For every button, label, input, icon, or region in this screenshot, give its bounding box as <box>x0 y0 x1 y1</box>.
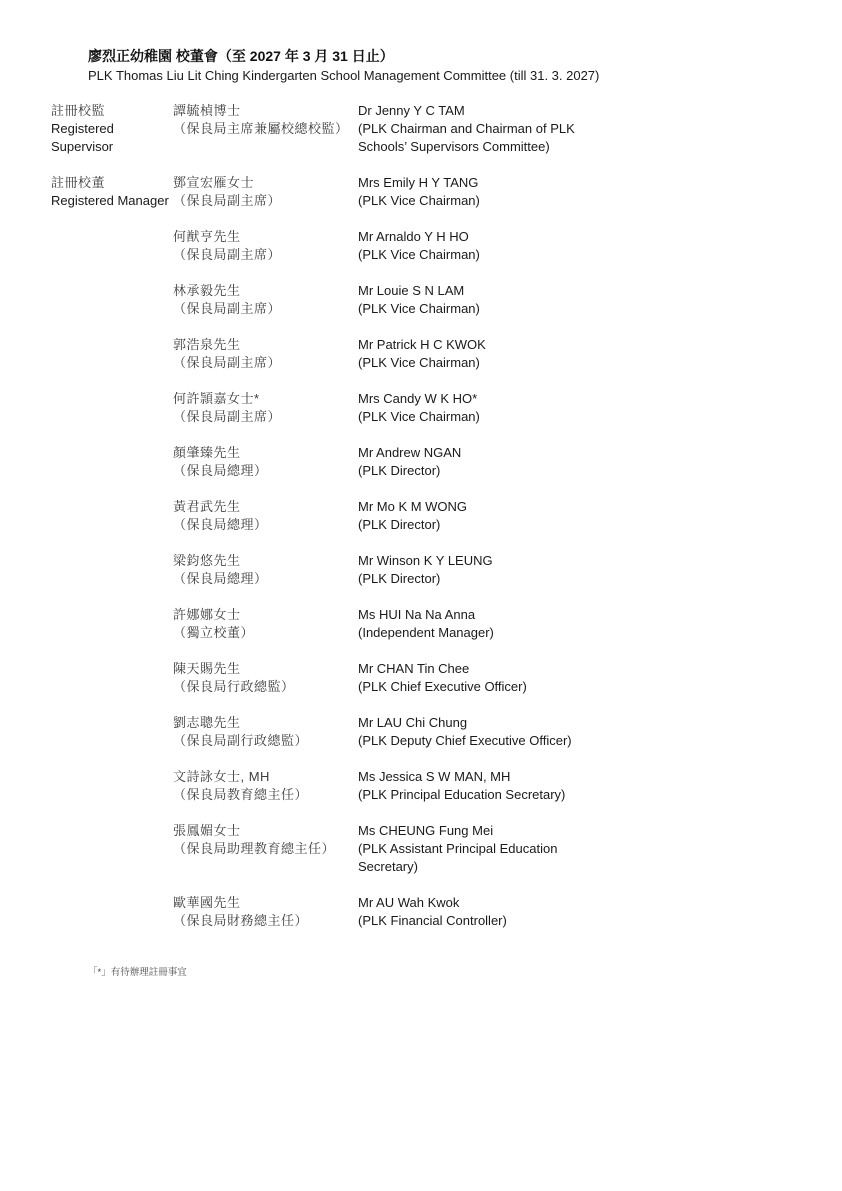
committee-member-row: 張鳳媚女士 （保良局助理教育總主任） Ms CHEUNG Fung Mei (P… <box>51 822 842 876</box>
member-name-english: Mr Mo K M WONG <box>358 498 788 516</box>
member-english-cell: Mr Andrew NGAN (PLK Director) <box>358 444 788 480</box>
member-role-cell <box>51 714 173 750</box>
member-name-chinese: 郭浩泉先生 <box>173 336 358 354</box>
member-role-english: Registered Supervisor <box>51 120 173 156</box>
member-title-chinese: （保良局總理） <box>173 570 358 588</box>
member-role-cell <box>51 228 173 264</box>
committee-member-row: 林承毅先生 （保良局副主席） Mr Louie S N LAM (PLK Vic… <box>51 282 842 318</box>
member-role-cell <box>51 498 173 534</box>
member-chinese-cell: 郭浩泉先生 （保良局副主席） <box>173 336 358 372</box>
member-title-english-line: (PLK Principal Education Secretary) <box>358 786 788 804</box>
member-name-chinese: 梁鈞悠先生 <box>173 552 358 570</box>
document-content: 廖烈正幼稚園 校董會（至 2027 年 3 月 31 日止） PLK Thoma… <box>0 0 842 980</box>
member-chinese-cell: 張鳳媚女士 （保良局助理教育總主任） <box>173 822 358 876</box>
member-name-english: Mr LAU Chi Chung <box>358 714 788 732</box>
member-english-cell: Mr Mo K M WONG (PLK Director) <box>358 498 788 534</box>
member-name-chinese: 林承毅先生 <box>173 282 358 300</box>
member-role-cell <box>51 768 173 804</box>
document-page: 廖烈正幼稚園 校董會（至 2027 年 3 月 31 日止） PLK Thoma… <box>0 0 842 1191</box>
footnote: 「*」有待辦理註冊事宜 <box>88 966 842 980</box>
member-role-chinese: 註冊校監 <box>51 102 173 120</box>
committee-member-row: 劉志聰先生 （保良局副行政總監） Mr LAU Chi Chung (PLK D… <box>51 714 842 750</box>
committee-member-list: 註冊校監 Registered Supervisor 譚毓楨博士 （保良局主席兼… <box>51 102 842 930</box>
member-english-cell: Mr LAU Chi Chung (PLK Deputy Chief Execu… <box>358 714 788 750</box>
member-name-chinese: 黃君武先生 <box>173 498 358 516</box>
member-title-english-line: (PLK Vice Chairman) <box>358 354 788 372</box>
member-title-chinese: （保良局副主席） <box>173 408 358 426</box>
member-english-cell: Ms HUI Na Na Anna (Independent Manager) <box>358 606 788 642</box>
member-role-cell: 註冊校監 Registered Supervisor <box>51 102 173 156</box>
member-title-english-line: (PLK Director) <box>358 516 788 534</box>
member-title-chinese: （保良局行政總監） <box>173 678 358 696</box>
member-english-cell: Dr Jenny Y C TAM (PLK Chairman and Chair… <box>358 102 788 156</box>
member-english-cell: Mr Patrick H C KWOK (PLK Vice Chairman) <box>358 336 788 372</box>
member-chinese-cell: 陳天賜先生 （保良局行政總監） <box>173 660 358 696</box>
member-name-chinese: 劉志聰先生 <box>173 714 358 732</box>
page-title-english: PLK Thomas Liu Lit Ching Kindergarten Sc… <box>88 66 842 86</box>
member-title-chinese: （保良局助理教育總主任） <box>173 840 358 858</box>
member-english-cell: Ms CHEUNG Fung Mei (PLK Assistant Princi… <box>358 822 788 876</box>
member-name-chinese: 顏肇臻先生 <box>173 444 358 462</box>
committee-member-row: 許娜娜女士 （獨立校董） Ms HUI Na Na Anna (Independ… <box>51 606 842 642</box>
member-chinese-cell: 文詩詠女士, MH （保良局教育總主任） <box>173 768 358 804</box>
committee-member-row: 文詩詠女士, MH （保良局教育總主任） Ms Jessica S W MAN,… <box>51 768 842 804</box>
member-role-cell <box>51 552 173 588</box>
committee-member-row: 梁鈞悠先生 （保良局總理） Mr Winson K Y LEUNG (PLK D… <box>51 552 842 588</box>
member-title-english-line: (PLK Chairman and Chairman of PLK <box>358 120 788 138</box>
committee-member-row: 註冊校監 Registered Supervisor 譚毓楨博士 （保良局主席兼… <box>51 102 842 156</box>
member-role-cell <box>51 444 173 480</box>
member-title-english-line: (PLK Vice Chairman) <box>358 408 788 426</box>
member-title-chinese: （保良局副主席） <box>173 246 358 264</box>
member-title-chinese: （獨立校董） <box>173 624 358 642</box>
member-title-english-line: (PLK Director) <box>358 462 788 480</box>
member-english-cell: Mrs Emily H Y TANG (PLK Vice Chairman) <box>358 174 788 210</box>
member-role-cell <box>51 822 173 876</box>
member-title-chinese: （保良局副主席） <box>173 192 358 210</box>
member-chinese-cell: 歐華國先生 （保良局財務總主任） <box>173 894 358 930</box>
member-chinese-cell: 林承毅先生 （保良局副主席） <box>173 282 358 318</box>
member-name-english: Mr Louie S N LAM <box>358 282 788 300</box>
member-title-english-line: (PLK Deputy Chief Executive Officer) <box>358 732 788 750</box>
member-name-english: Mr Arnaldo Y H HO <box>358 228 788 246</box>
member-title-english-line: (Independent Manager) <box>358 624 788 642</box>
committee-member-row: 註冊校董 Registered Manager 鄧宣宏雁女士 （保良局副主席） … <box>51 174 842 210</box>
member-name-english: Dr Jenny Y C TAM <box>358 102 788 120</box>
member-name-english: Mr AU Wah Kwok <box>358 894 788 912</box>
member-role-cell: 註冊校董 Registered Manager <box>51 174 173 210</box>
member-english-cell: Mr AU Wah Kwok (PLK Financial Controller… <box>358 894 788 930</box>
member-name-chinese: 何猷亨先生 <box>173 228 358 246</box>
committee-member-row: 黃君武先生 （保良局總理） Mr Mo K M WONG (PLK Direct… <box>51 498 842 534</box>
member-chinese-cell: 許娜娜女士 （獨立校董） <box>173 606 358 642</box>
committee-member-row: 郭浩泉先生 （保良局副主席） Mr Patrick H C KWOK (PLK … <box>51 336 842 372</box>
member-name-chinese: 許娜娜女士 <box>173 606 358 624</box>
member-role-cell <box>51 336 173 372</box>
member-title-english-line: (PLK Director) <box>358 570 788 588</box>
member-name-chinese: 鄧宣宏雁女士 <box>173 174 358 192</box>
member-title-chinese: （保良局總理） <box>173 462 358 480</box>
member-title-english-line: (PLK Vice Chairman) <box>358 300 788 318</box>
member-chinese-cell: 梁鈞悠先生 （保良局總理） <box>173 552 358 588</box>
member-name-english: Mrs Candy W K HO* <box>358 390 788 408</box>
member-name-chinese: 何許頴嘉女士* <box>173 390 358 408</box>
member-english-cell: Mr Arnaldo Y H HO (PLK Vice Chairman) <box>358 228 788 264</box>
member-title-chinese: （保良局總理） <box>173 516 358 534</box>
member-title-english-line: (PLK Vice Chairman) <box>358 246 788 264</box>
member-chinese-cell: 譚毓楨博士 （保良局主席兼屬校總校監） <box>173 102 358 156</box>
member-role-chinese: 註冊校董 <box>51 174 173 192</box>
member-name-english: Ms Jessica S W MAN, MH <box>358 768 788 786</box>
member-name-english: Mr Andrew NGAN <box>358 444 788 462</box>
committee-member-row: 陳天賜先生 （保良局行政總監） Mr CHAN Tin Chee (PLK Ch… <box>51 660 842 696</box>
member-chinese-cell: 黃君武先生 （保良局總理） <box>173 498 358 534</box>
member-role-cell <box>51 282 173 318</box>
member-english-cell: Mr Winson K Y LEUNG (PLK Director) <box>358 552 788 588</box>
member-chinese-cell: 劉志聰先生 （保良局副行政總監） <box>173 714 358 750</box>
member-role-cell <box>51 606 173 642</box>
page-title-chinese: 廖烈正幼稚園 校董會（至 2027 年 3 月 31 日止） <box>88 46 842 66</box>
member-name-english: Mr CHAN Tin Chee <box>358 660 788 678</box>
member-name-english: Ms HUI Na Na Anna <box>358 606 788 624</box>
member-chinese-cell: 何許頴嘉女士* （保良局副主席） <box>173 390 358 426</box>
member-english-cell: Mrs Candy W K HO* (PLK Vice Chairman) <box>358 390 788 426</box>
member-role-cell <box>51 660 173 696</box>
member-title-english-line: (PLK Assistant Principal Education <box>358 840 788 858</box>
member-name-english: Mrs Emily H Y TANG <box>358 174 788 192</box>
member-title-english-line: (PLK Chief Executive Officer) <box>358 678 788 696</box>
member-chinese-cell: 鄧宣宏雁女士 （保良局副主席） <box>173 174 358 210</box>
member-role-cell <box>51 894 173 930</box>
member-name-chinese: 歐華國先生 <box>173 894 358 912</box>
member-english-cell: Mr CHAN Tin Chee (PLK Chief Executive Of… <box>358 660 788 696</box>
member-name-english: Mr Patrick H C KWOK <box>358 336 788 354</box>
committee-member-row: 歐華國先生 （保良局財務總主任） Mr AU Wah Kwok (PLK Fin… <box>51 894 842 930</box>
member-name-english: Ms CHEUNG Fung Mei <box>358 822 788 840</box>
member-title-chinese: （保良局副行政總監） <box>173 732 358 750</box>
member-role-english: Registered Manager <box>51 192 173 210</box>
committee-member-row: 顏肇臻先生 （保良局總理） Mr Andrew NGAN (PLK Direct… <box>51 444 842 480</box>
member-role-cell <box>51 390 173 426</box>
member-title-english-line: (PLK Vice Chairman) <box>358 192 788 210</box>
member-name-english: Mr Winson K Y LEUNG <box>358 552 788 570</box>
member-title-chinese: （保良局財務總主任） <box>173 912 358 930</box>
member-title-chinese: （保良局副主席） <box>173 300 358 318</box>
member-name-chinese: 張鳳媚女士 <box>173 822 358 840</box>
member-english-cell: Ms Jessica S W MAN, MH (PLK Principal Ed… <box>358 768 788 804</box>
member-title-chinese: （保良局副主席） <box>173 354 358 372</box>
member-chinese-cell: 何猷亨先生 （保良局副主席） <box>173 228 358 264</box>
member-name-chinese: 陳天賜先生 <box>173 660 358 678</box>
member-name-chinese: 文詩詠女士, MH <box>173 768 358 786</box>
member-title-english-line: Schools’ Supervisors Committee) <box>358 138 788 156</box>
member-title-chinese: （保良局教育總主任） <box>173 786 358 804</box>
member-title-english-line: (PLK Financial Controller) <box>358 912 788 930</box>
committee-member-row: 何猷亨先生 （保良局副主席） Mr Arnaldo Y H HO (PLK Vi… <box>51 228 842 264</box>
member-title-english-line: Secretary) <box>358 858 788 876</box>
member-chinese-cell: 顏肇臻先生 （保良局總理） <box>173 444 358 480</box>
member-title-chinese: （保良局主席兼屬校總校監） <box>173 120 358 138</box>
member-english-cell: Mr Louie S N LAM (PLK Vice Chairman) <box>358 282 788 318</box>
committee-member-row: 何許頴嘉女士* （保良局副主席） Mrs Candy W K HO* (PLK … <box>51 390 842 426</box>
member-name-chinese: 譚毓楨博士 <box>173 102 358 120</box>
